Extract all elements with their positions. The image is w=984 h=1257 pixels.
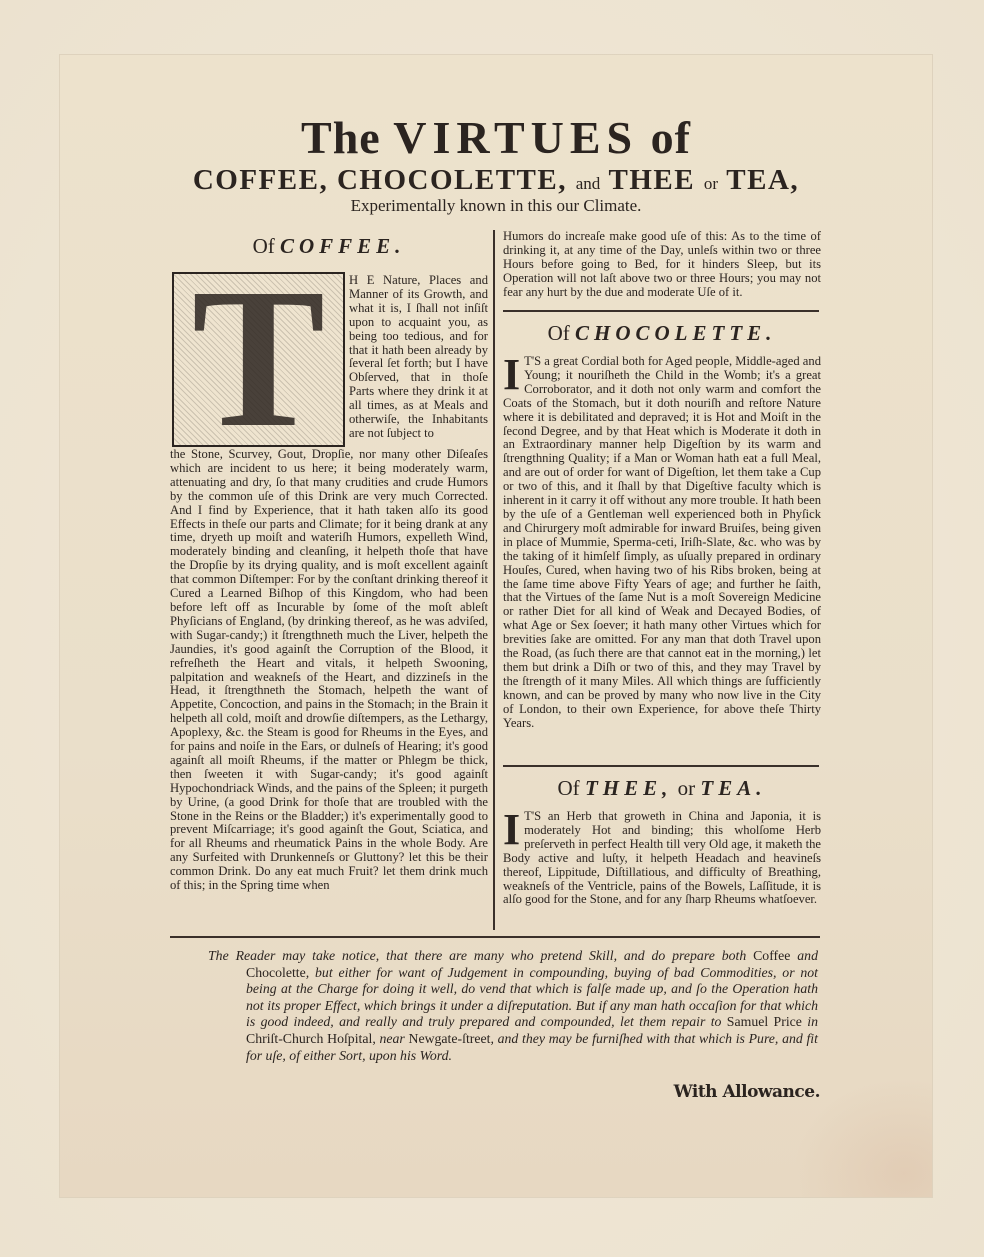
tea-heading: Of THEE, or TEA. [503,775,821,801]
column-divider [493,230,495,930]
title-and: and [576,174,601,193]
notice-street: Newgate-ſtreet [408,1031,490,1046]
tea-text: T'S an Herb that groweth in China and Ja… [503,809,821,906]
coffee-continuation: Humors do increaſe make good uſe of this… [503,230,821,300]
woodcut-initial-t-image: T [172,272,345,447]
heading-or: or [678,776,696,800]
heading-of: Of [548,321,570,345]
coffee-full-text: the Stone, Scurvey, Gout, Dropſie, nor m… [170,448,488,893]
footer-rule [170,936,820,938]
section-rule [503,310,819,312]
drop-cap-i: I [503,812,520,848]
coffee-paragraph-body: the Stone, Scurvey, Gout, Dropſie, nor m… [170,448,488,893]
drop-cap-i: I [503,357,520,393]
notice-text: The Reader may take notice, that there a… [208,948,753,963]
notice-coffee: Coffee [753,948,790,963]
notice-place: Chriſt-Church Hoſpital, [246,1031,376,1046]
chocolette-text: T'S a great Cordial both for Aged people… [503,354,821,730]
title-or: or [704,174,718,193]
title-line-1: The VIRTUES of [60,112,932,164]
chocolette-section: Of CHOCOLETTE. I T'S a great Cordial bot… [503,320,821,730]
chocolette-paragraph: I T'S a great Cordial both for Aged peop… [503,355,821,730]
broadside-sheet: The VIRTUES of COFFEE, CHOCOLETTE, and T… [60,55,932,1197]
woodcut-letter: T [174,264,343,454]
tea-paragraph: I T'S an Herb that groweth in China and … [503,810,821,907]
title-thee: THEE [609,164,696,196]
tea-section: Of THEE, or TEA. I T'S an Herb that grow… [503,775,821,907]
reader-notice: The Reader may take notice, that there a… [208,948,818,1064]
notice-paragraph: The Reader may take notice, that there a… [208,948,818,1064]
title-coffee-chocolette: COFFEE, CHOCOLETTE, [193,164,567,196]
title-virtues: VIRTUES [393,112,638,163]
notice-chocolette: Chocolette [246,965,306,980]
heading-name-thee: THEE, [585,776,672,800]
title-tea: TEA, [726,164,799,196]
title-of: of [651,112,691,163]
heading-of: Of [558,776,580,800]
notice-text: near [376,1031,409,1046]
coffee-paragraph-start: H E Nature, Places and Manner of its Gro… [349,274,488,441]
chocolette-heading: Of CHOCOLETTE. [503,320,821,346]
subtitle: Experimentally known in this our Climate… [60,195,932,217]
coffee-wrapped-text: H E Nature, Places and Manner of its Gro… [349,274,488,441]
title-the: The [301,112,381,163]
notice-merchant-name: Samuel Price [727,1014,802,1029]
section-rule [503,765,819,767]
notice-text: and [790,948,818,963]
mount-background: The VIRTUES of COFFEE, CHOCOLETTE, and T… [0,0,984,1257]
coffee-continuation-text: Humors do increaſe make good uſe of this… [503,230,821,300]
heading-name: CHOCOLETTE. [575,321,776,345]
notice-text: in [802,1014,818,1029]
heading-name-tea: TEA. [700,776,766,800]
imprint-with-allowance: With Allowance. [630,1082,820,1102]
